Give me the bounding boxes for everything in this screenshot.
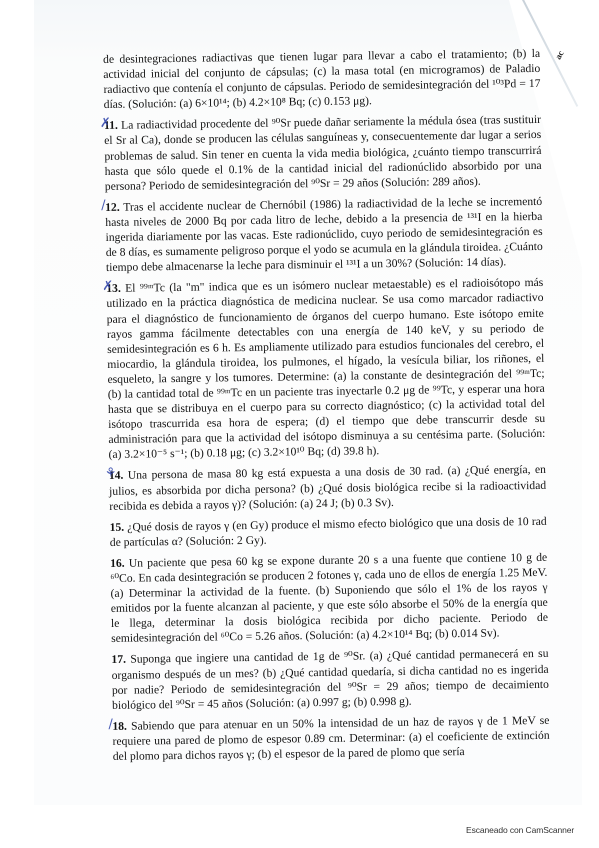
- problem-number: /18.: [112, 720, 127, 733]
- problem-12: /12. Tras el accidente nuclear de Chernó…: [105, 194, 543, 276]
- pen-mark-icon: /: [101, 198, 106, 213]
- pen-mark-icon: /: [108, 717, 113, 732]
- paragraph-text: La radiactividad procedente del ⁹⁰Sr pue…: [104, 113, 542, 192]
- problem-number: /12.: [105, 201, 120, 214]
- problem-17: 17. Suponga que ingiere una cantidad de …: [111, 646, 549, 712]
- paragraph-text: Tras el accidente nuclear de Chernóbil (…: [105, 195, 543, 274]
- problem-number: ✗11.: [104, 119, 118, 132]
- problem-13: ✗13. El ⁹⁹ᵐTc (la "m" indica que es un i…: [106, 275, 545, 462]
- pen-mark-icon: ⚘: [105, 466, 117, 481]
- pen-mark-icon: ✗: [102, 279, 113, 294]
- problem-number: 17.: [111, 653, 126, 666]
- paragraph-text: de desintegraciones radiactivas que tien…: [103, 47, 541, 111]
- paragraph-text: Un paciente que pesa 60 kg se expone dur…: [110, 551, 548, 646]
- problem-11: ✗11. La radiactividad procedente del ⁹⁰S…: [104, 112, 542, 194]
- paragraph-continuation: de desintegraciones radiactivas que tien…: [103, 46, 541, 112]
- problem-number: ⚘14.: [109, 469, 124, 482]
- problem-18: /18. Sabiendo que para atenuar en un 50%…: [112, 713, 550, 764]
- scanner-watermark: Escaneado con CamScanner: [466, 825, 574, 835]
- paragraph-text: El ⁹⁹ᵐTc (la "m" indica que es un isómer…: [106, 276, 545, 461]
- paragraph-text: Una persona de masa 80 kg está expuesta …: [109, 463, 546, 512]
- problem-number: 16.: [110, 557, 125, 570]
- paragraph-text: Suponga que ingiere una cantidad de 1g d…: [112, 647, 549, 711]
- paragraph-text: ¿Qué dosis de rayos γ (en Gy) produce el…: [110, 515, 547, 549]
- problem-number: 15.: [110, 520, 125, 533]
- problem-15: 15. ¿Qué dosis de rayos γ (en Gy) produc…: [110, 514, 547, 550]
- problem-number: ✗13.: [106, 282, 121, 295]
- problem-14: ⚘14. Una persona de masa 80 kg está expu…: [109, 462, 547, 513]
- pen-mark-icon: ✗: [100, 116, 111, 131]
- paragraph-text: Sabiendo que para atenuar en un 50% la i…: [113, 714, 550, 763]
- document-body: de desintegraciones radiactivas que tien…: [103, 46, 550, 770]
- problem-16: 16. Un paciente que pesa 60 kg se expone…: [110, 550, 548, 647]
